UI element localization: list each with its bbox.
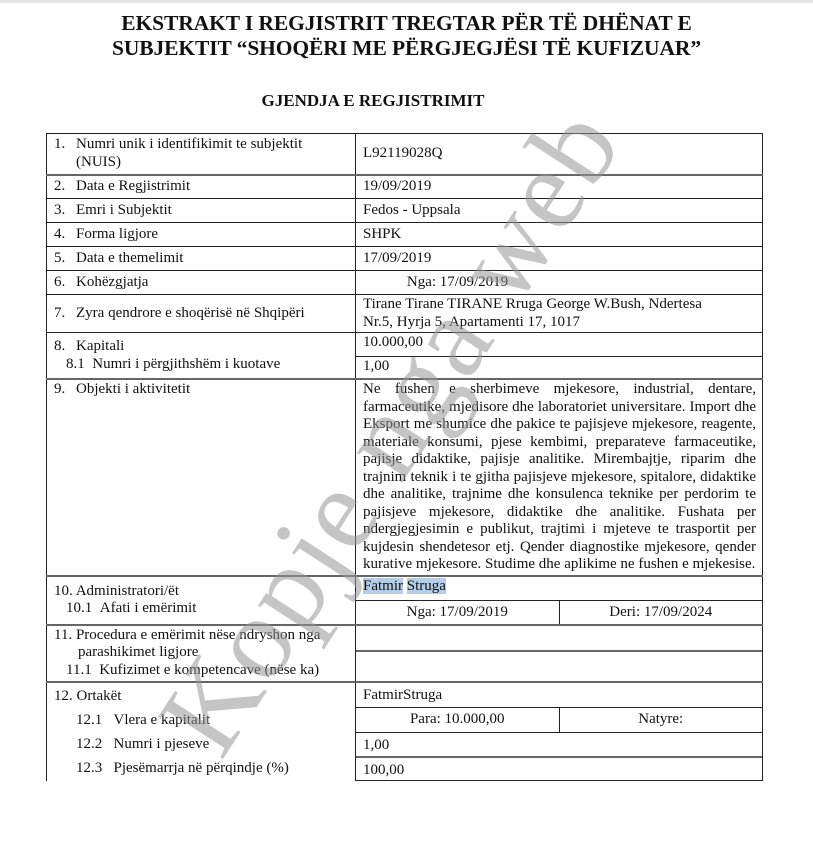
value-legal-form: SHPK [356, 223, 763, 247]
table-row-registration-date: 2.Data e Regjistrimit 19/09/2019 [47, 175, 763, 199]
value-capital: 10.000,00 [356, 333, 762, 356]
document-title: EKSTRAKT I REGJISTRIT TREGTAR PËR TË DHË… [0, 11, 813, 61]
table-row-partners: 12. Ortakët 12.1 Vlera e kapitalit 12.2 … [47, 682, 763, 781]
value-appointment-procedure [356, 626, 762, 650]
table-row-headquarters: 7.Zyra qendrore e shoqërisë në Shqipëri … [47, 295, 763, 333]
administrator-first-name[interactable]: Fatmir [363, 578, 403, 594]
value-number-of-shares: 1,00 [356, 732, 762, 756]
value-competence-limits [356, 650, 762, 681]
value-registration-date: 19/09/2019 [356, 175, 763, 199]
table-row-appointment-procedure: 11. Procedura e emërimit nëse ndryshon n… [47, 625, 763, 682]
value-nuis: L92119028Q [356, 134, 763, 175]
title-line-1: EKSTRAKT I REGJISTRIT TREGTAR PËR TË DHË… [0, 11, 813, 36]
capital-nature: Natyre: [559, 708, 763, 732]
administrator-last-name[interactable]: Struga [407, 578, 446, 594]
page-top-edge [0, 0, 813, 3]
value-partner-name: FatmirStruga [356, 683, 762, 707]
table-row-founding-date: 5.Data e themelimit 17/09/2019 [47, 247, 763, 271]
label-nuis: 1.Numri unik i identifikimit te subjekti… [47, 134, 356, 175]
value-headquarters: Tirane Tirane TIRANE Rruga George W.Bush… [356, 295, 763, 333]
capital-money: Para: 10.000,00 [356, 708, 559, 732]
value-entity-name: Fedos - Uppsala [356, 199, 763, 223]
table-row-administrators: 10. Administratori/ët 10.1 Afati i emëri… [47, 576, 763, 625]
value-founding-date: 17/09/2019 [356, 247, 763, 271]
table-row-legal-form: 4.Forma ligjore SHPK [47, 223, 763, 247]
registration-table: 1.Numri unik i identifikimit te subjekti… [46, 133, 763, 781]
value-administrator: Fatmir Struga [356, 577, 762, 600]
title-line-2: SUBJEKTIT “SHOQËRI ME PËRGJEGJËSI TË KUF… [0, 36, 813, 61]
value-duration: Nga: 17/09/2019 [356, 271, 763, 295]
appointment-from: Nga: 17/09/2019 [356, 601, 559, 624]
table-row-capital: 8.Kapitali 8.1 Numri i përgjithshëm i ku… [47, 333, 763, 380]
table-row-duration: 6.Kohëzgjatja Nga: 17/09/2019 [47, 271, 763, 295]
table-row-entity-name: 3.Emri i Subjektit Fedos - Uppsala [47, 199, 763, 223]
document-subtitle: GJENDJA E REGJISTRIMIT [0, 91, 746, 111]
table-row-nuis: 1.Numri unik i identifikimit te subjekti… [47, 134, 763, 175]
appointment-to: Deri: 17/09/2024 [559, 601, 763, 624]
value-activity: Ne fushen e sherbimeve mjekesore, indust… [356, 379, 763, 576]
capital-value: Para: 10.000,00 Natyre: [356, 707, 762, 732]
value-total-quotas: 1,00 [356, 356, 762, 378]
table-row-activity: 9.Objekti i aktivitetit Ne fushen e sher… [47, 379, 763, 576]
value-participation-percent: 100,00 [356, 756, 762, 780]
appointment-term: Nga: 17/09/2019 Deri: 17/09/2024 [356, 600, 762, 624]
